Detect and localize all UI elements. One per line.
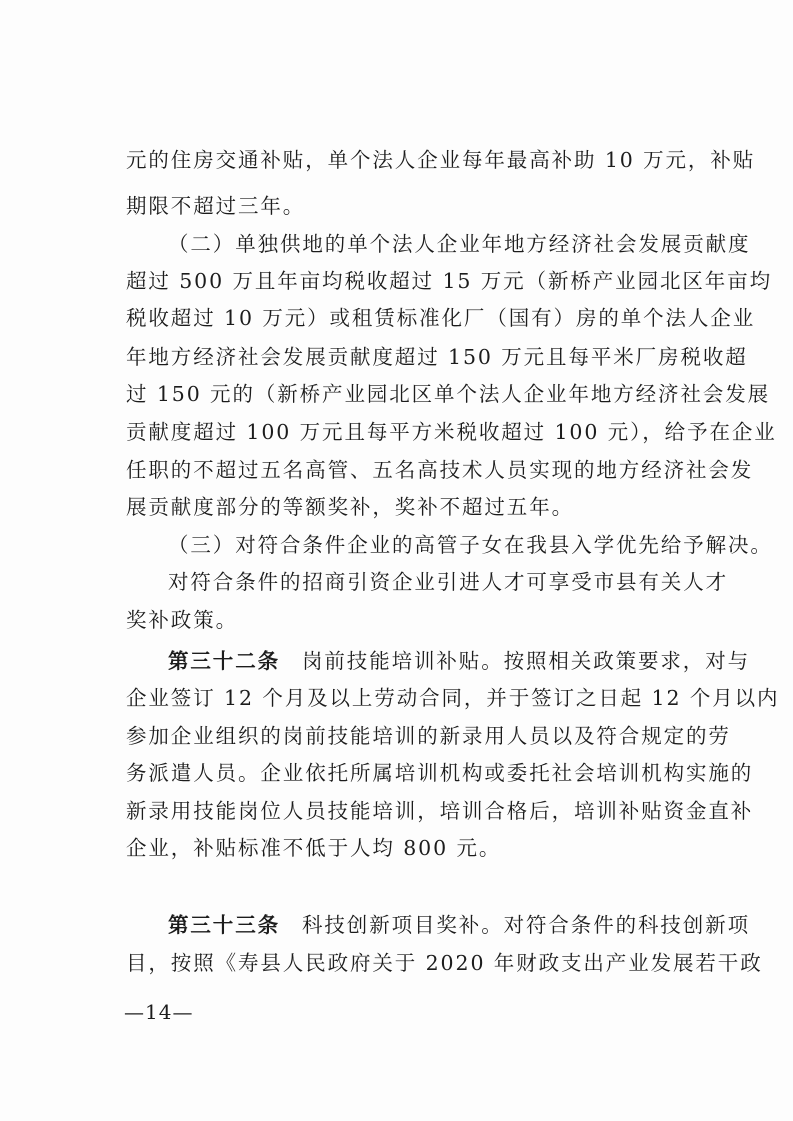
page-number: —14— <box>124 1000 193 1024</box>
text-line: 参加企业组织的岗前技能培训的新录用人员以及符合规定的劳 <box>126 723 716 749</box>
text-line: 贡献度超过 100 万元且每平方米税收超过 100 元），给予在企业 <box>126 419 716 445</box>
text-line: 对符合条件的招商引资企业引进人才可享受市县有关人才 <box>168 569 716 595</box>
article-33-line: 第三十三条科技创新项目奖补。对符合条件的科技创新项 <box>168 912 716 938</box>
text-line: 期限不超过三年。 <box>126 193 716 219</box>
text-line: 元的住房交通补贴，单个法人企业每年最高补助 10 万元，补贴 <box>126 147 716 173</box>
article-33-heading: 第三十三条 <box>168 913 280 937</box>
text-line: 务派遣人员。企业依托所属培训机构或委托社会培训机构实施的 <box>126 760 716 786</box>
text-line: 企业签订 12 个月及以上劳动合同，并于签订之日起 12 个月以内 <box>126 685 716 711</box>
text-line: 奖补政策。 <box>126 607 716 633</box>
article-32-heading: 第三十二条 <box>168 649 280 673</box>
article-32-line: 第三十二条岗前技能培训补贴。按照相关政策要求，对与 <box>168 648 716 674</box>
text-line: 企业，补贴标准不低于人均 800 元。 <box>126 835 716 861</box>
text-line: 目，按照《寿县人民政府关于 2020 年财政支出产业发展若干政 <box>126 950 716 976</box>
text-line: 新录用技能岗位人员技能培训，培训合格后，培训补贴资金直补 <box>126 798 716 824</box>
text-line: （二）单独供地的单个法人企业年地方经济社会发展贡献度 <box>168 231 716 257</box>
text-line: 任职的不超过五名高管、五名高技术人员实现的地方经济社会发 <box>126 457 716 483</box>
text-line: 展贡献度部分的等额奖补，奖补不超过五年。 <box>126 494 716 520</box>
article-33-text: 科技创新项目奖补。对符合条件的科技创新项 <box>302 913 750 937</box>
article-32-text: 岗前技能培训补贴。按照相关政策要求，对与 <box>302 649 750 673</box>
text-line: 年地方经济社会发展贡献度超过 150 万元且每平米厂房税收超 <box>126 344 716 370</box>
text-line: 过 150 元的（新桥产业园北区单个法人企业年地方经济社会发展 <box>126 381 716 407</box>
text-line: （三）对符合条件企业的高管子女在我县入学优先给予解决。 <box>168 532 716 558</box>
text-line: 超过 500 万且年亩均税收超过 15 万元（新桥产业园北区年亩均 <box>126 268 716 294</box>
text-line: 税收超过 10 万元）或租赁标准化厂（国有）房的单个法人企业 <box>126 305 716 331</box>
document-page: 元的住房交通补贴，单个法人企业每年最高补助 10 万元，补贴 期限不超过三年。 … <box>0 0 793 1121</box>
